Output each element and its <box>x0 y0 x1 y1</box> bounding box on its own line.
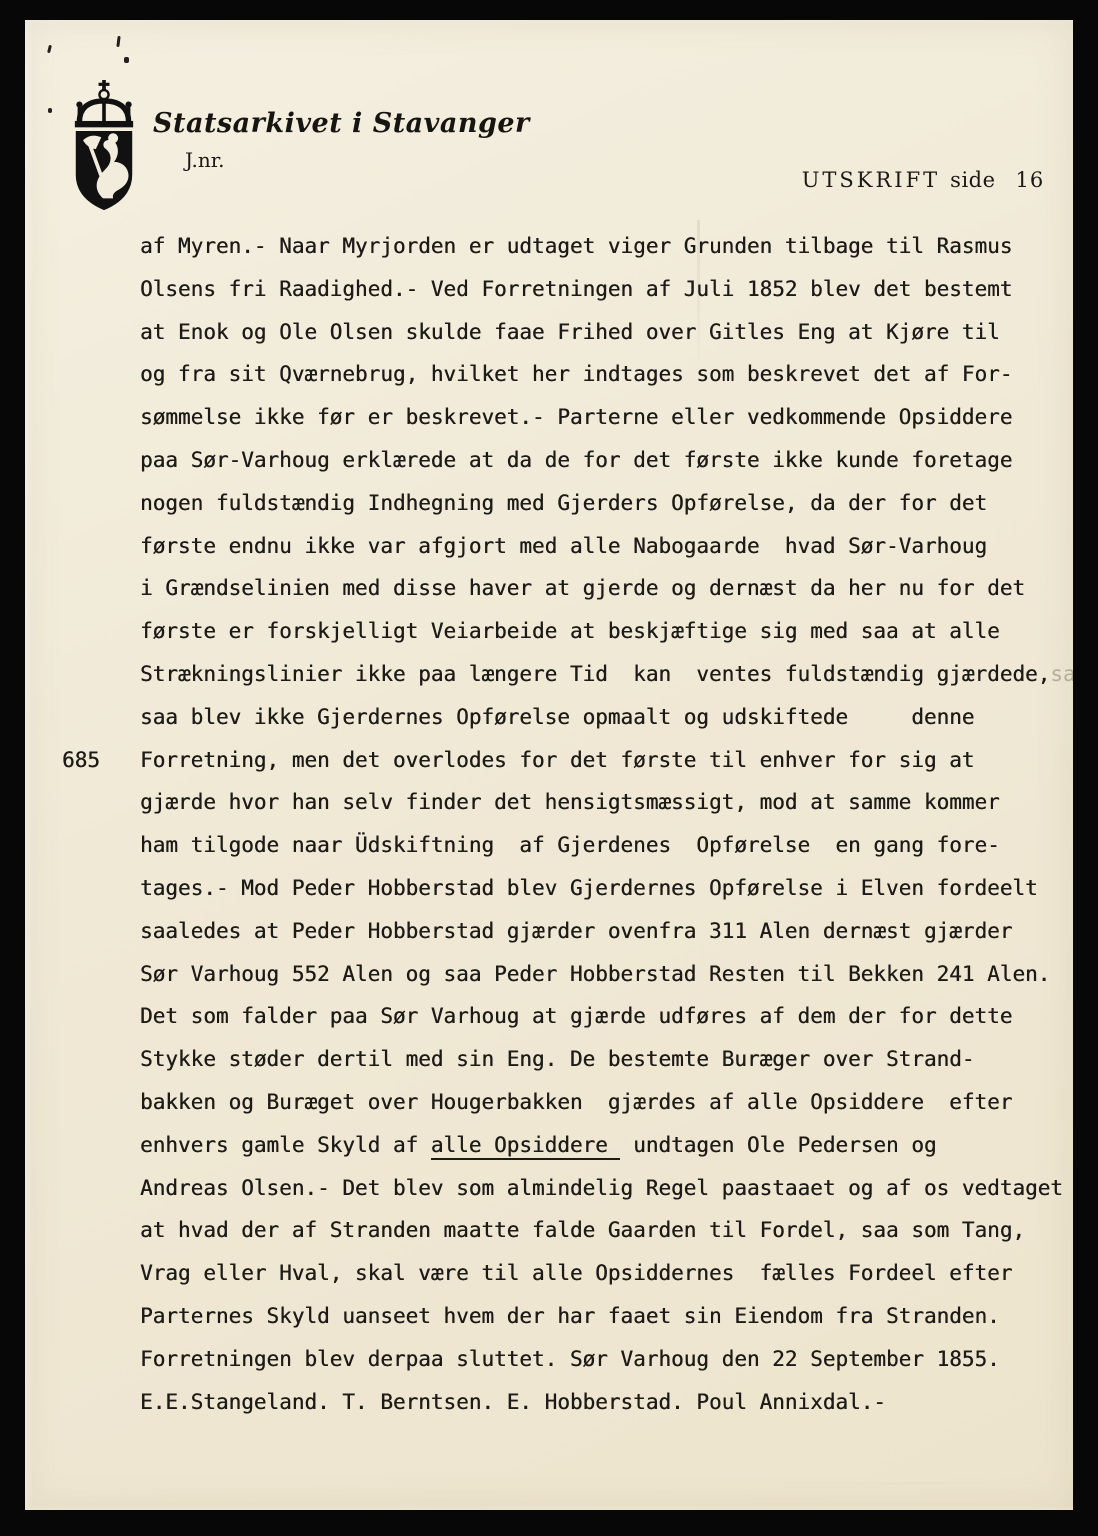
ink-speck <box>116 36 120 47</box>
journal-number-label: J.nr. <box>185 148 224 172</box>
text-line: sømmelse ikke før er beskrevet.- Partern… <box>140 396 1073 439</box>
text-line: Forretningen blev derpaa sluttet. Sør Va… <box>140 1338 1073 1381</box>
text-line: bakken og Buræget over Hougerbakken gjær… <box>140 1081 1073 1124</box>
archive-name: Statsarkivet i Stavanger <box>153 108 530 139</box>
text-line: Det som falder paa Sør Varhoug at gjærde… <box>140 995 1073 1038</box>
underlined-text: alle Opsiddere <box>431 1133 621 1160</box>
text-line-main: Strækningslinier ikke paa længere Tid ka… <box>140 662 1050 686</box>
text-line: at Enok og Ole Olsen skulde faae Frihed … <box>140 311 1073 354</box>
document-body: af Myren.- Naar Myrjorden er udtaget vig… <box>140 225 1073 1423</box>
text-line: paa Sør-Varhoug erklærede at da de for d… <box>140 439 1073 482</box>
transcript-label: UTSKRIFT <box>802 168 940 192</box>
text-line: Sør Varhoug 552 Alen og saa Peder Hobber… <box>140 953 1073 996</box>
text-line: Vrag eller Hval, skal være til alle Opsi… <box>140 1252 1073 1295</box>
text-line-post: undtagen Ole Pedersen og <box>620 1133 936 1157</box>
margin-entry-number: 685 <box>62 739 100 782</box>
text-line: at hvad der af Stranden maatte falde Gaa… <box>140 1209 1073 1252</box>
text-line: i Grændselinien med disse haver at gjerd… <box>140 567 1073 610</box>
text-line: Andreas Olsen.- Det blev som almindelig … <box>140 1167 1073 1210</box>
coat-of-arms-icon <box>61 80 147 212</box>
text-line: Parternes Skyld uanseet hvem der har faa… <box>140 1295 1073 1338</box>
faint-ghost-text: sa <box>1050 662 1073 686</box>
text-line: saa blev ikke Gjerdernes Opførelse opmaa… <box>140 696 1073 739</box>
text-line: Olsens fri Raadighed.- Ved Forretningen … <box>140 268 1073 311</box>
text-line: Stykke støder dertil med sin Eng. De bes… <box>140 1038 1073 1081</box>
text-line: og fra sit Qværnebrug, hvilket her indta… <box>140 353 1073 396</box>
text-line: E.E.Stangeland. T. Berntsen. E. Hobberst… <box>140 1381 1073 1424</box>
page-header: UTSKRIFTside16 <box>775 144 1044 216</box>
text-line-pre: enhvers gamle Skyld af <box>140 1133 431 1157</box>
text-line: 685Forretning, men det overlodes for det… <box>140 739 1073 782</box>
scanned-archive-page: { "header": { "crest_icon": "norwegian-r… <box>0 0 1098 1536</box>
ink-speck <box>48 108 52 113</box>
page-number: 16 <box>1016 168 1045 192</box>
text-line-main: Forretning, men det overlodes for det fø… <box>140 748 974 772</box>
text-line: ham tilgode naar Üdskiftning af Gjerdene… <box>140 824 1073 867</box>
document-paper: Statsarkivet i Stavanger J.nr. UTSKRIFTs… <box>25 20 1073 1510</box>
text-line: af Myren.- Naar Myrjorden er udtaget vig… <box>140 225 1073 268</box>
text-line: Strækningslinier ikke paa længere Tid ka… <box>140 653 1073 696</box>
side-label: side <box>950 168 995 192</box>
ink-speck <box>47 45 52 53</box>
text-line: første er forskjelligt Veiarbeide at bes… <box>140 610 1073 653</box>
text-line: gjærde hvor han selv finder det hensigts… <box>140 781 1073 824</box>
ink-speck <box>124 57 129 63</box>
text-line: nogen fuldstændig Indhegning med Gjerder… <box>140 482 1073 525</box>
text-line: tages.- Mod Peder Hobberstad blev Gjerde… <box>140 867 1073 910</box>
text-line: første endnu ikke var afgjort med alle N… <box>140 525 1073 568</box>
text-line: enhvers gamle Skyld af alle Opsiddere un… <box>140 1124 1073 1167</box>
text-line: saaledes at Peder Hobberstad gjærder ove… <box>140 910 1073 953</box>
